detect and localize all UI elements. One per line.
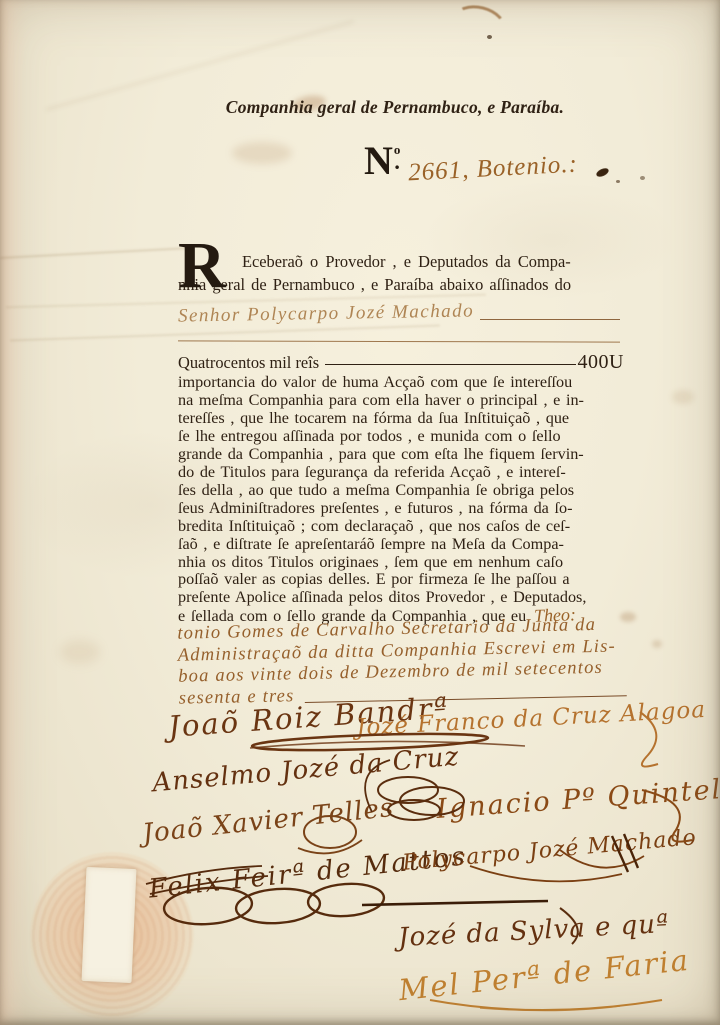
body-line: poſſaõ valer as copias delles. E por fir…	[178, 571, 624, 589]
signature-jose-da-sylva: Jozé da Sylva e quª	[397, 909, 670, 953]
recipient-name-handwritten: Senhor Polycarpo Jozé Machado	[178, 300, 475, 327]
ink-dot	[616, 180, 620, 183]
recipient-rule	[480, 319, 620, 320]
number-value-handwritten: 2661, Botenio.:	[408, 151, 579, 188]
amount-words: Quatrocentos mil reîs	[178, 353, 319, 373]
number-prefix: N	[364, 138, 393, 183]
opening-paragraph: R Eceberaõ o Provedor , e Deputados da C…	[178, 236, 620, 295]
amount-dash-rule	[325, 364, 575, 365]
amount-row: Quatrocentos mil reîs 400U	[178, 351, 624, 374]
body-line: tereſſes , que lhe tocarem na fórma da ſ…	[178, 410, 624, 428]
body-line: ſeus Adminiſtradores preſentes , e futur…	[178, 500, 624, 518]
ink-smudge	[232, 142, 292, 164]
ink-blot	[595, 167, 610, 179]
body-line: do de Titulos para ſegurança da referida…	[178, 464, 624, 482]
body-line: grande da Companhia , para que com eſta …	[178, 446, 624, 464]
ink-crescent-stain	[448, 0, 509, 48]
signature-anselmo-jose-da-cruz: Anselmo Jozé da Cruz	[151, 742, 460, 799]
ghost-showthrough-mark	[10, 324, 440, 341]
signature-ignacio-pedro-quintella: Ignacio Pº Quintella	[435, 772, 720, 825]
number-dot: .	[394, 155, 400, 169]
foxing-spot	[652, 640, 662, 648]
ink-dot	[640, 176, 645, 180]
signature-manuel-pereira-de-faria: Mel Perª de Faria	[397, 943, 691, 1007]
opening-line: Eceberaõ o Provedor , e Deputados da Com…	[242, 236, 620, 272]
signature-joao-xavier-telles: Joaõ Xavier Telles	[141, 793, 395, 849]
body-paragraph: importancia do valor de huma Acçaõ com q…	[178, 374, 624, 626]
amount-figure: 400U	[578, 351, 624, 374]
signature-polycarpo-jose-machado: Polycarpo Jozé Machado	[401, 825, 697, 876]
body-line: ſes della , ao que tudo a meſma Companhi…	[178, 482, 624, 500]
body-line: na meſma Companhia para com ella haver o…	[178, 392, 624, 410]
foxing-spot	[60, 640, 100, 664]
body-lines: importancia do valor de huma Acçaõ com q…	[178, 374, 624, 607]
document-title: Companhia geral de Pernambuco, e Paraíba…	[70, 97, 720, 118]
body-line: ſe lhe entregou aſſinada por todos , e m…	[178, 428, 624, 446]
recipient-row: Senhor Polycarpo Jozé Machado	[178, 303, 620, 325]
seal-tape-strip	[82, 867, 137, 983]
ghost-showthrough-mark	[0, 247, 190, 259]
opening-line: nhia geral de Pernambuco , e Paraíba aba…	[178, 275, 620, 295]
scanned-certificate-page: Companhia geral de Pernambuco, e Paraíba…	[0, 0, 720, 1025]
body-line: importancia do valor de huma Acçaõ com q…	[178, 374, 624, 392]
certificate-number: No. 2661, Botenio.:	[364, 141, 578, 181]
foxing-spot	[672, 390, 694, 404]
body-line: bredita Inſtituiçaõ ; com declaraçaõ , q…	[178, 518, 624, 536]
body-line: ſaõ , e diſtrate ſe apreſentaráõ ſempre …	[178, 536, 624, 554]
dropcap-R: R	[178, 238, 226, 294]
ink-dot	[487, 35, 492, 39]
body-line: nhia os ditos Titulos originaes , ſem qu…	[178, 554, 624, 572]
blank-rule-line	[178, 340, 620, 342]
